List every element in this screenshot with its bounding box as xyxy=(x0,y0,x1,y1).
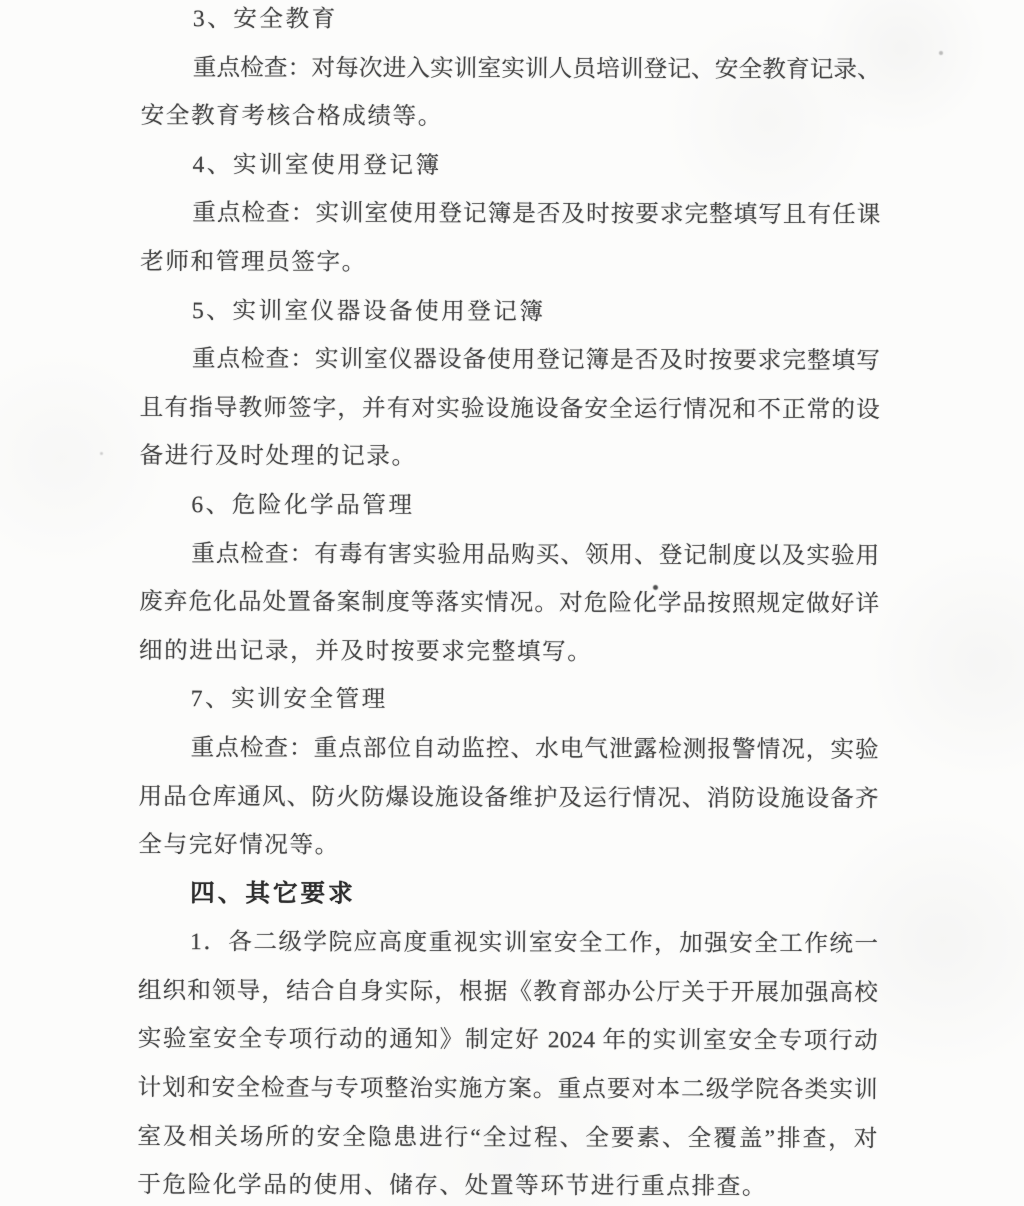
scanned-document-page: 3、安全教育重点检查：对每次进入实训室实训人员培训登记、安全教育记录、安全教育考… xyxy=(0,0,1024,1206)
text-line: 全与完好情况等。 xyxy=(138,821,878,872)
document-lines: 3、安全教育重点检查：对每次进入实训室实训人员培训登记、安全教育记录、安全教育考… xyxy=(137,0,881,1206)
scan-speck xyxy=(653,585,658,590)
text-line: 用品仓库通风、防火防爆设施设备维护及运行情况、消防设施设备齐 xyxy=(138,772,878,823)
scan-speck xyxy=(100,452,103,455)
text-line: 重点检查：有毒有害实验用品购买、领用、登记制度以及实验用 xyxy=(139,530,879,581)
numbered-heading-line: 7、实训安全管理 xyxy=(139,675,879,726)
text-line: 备进行及时处理的记录。 xyxy=(139,432,879,483)
text-line: 废弃危化品处置备案制度等落实情况。对危险化学品按照规定做好详 xyxy=(139,578,879,629)
text-line: 室及相关场所的安全隐患进行“全过程、全要素、全覆盖”排查，对 xyxy=(137,1113,877,1164)
numbered-heading-line: 5、实训室仪器设备使用登记簿 xyxy=(140,287,880,338)
text-line: 于危险化学品的使用、储存、处置等环节进行重点排查。 xyxy=(137,1161,877,1206)
text-line: 计划和安全检查与专项整治实施方案。重点要对本二级学院各类实训 xyxy=(137,1064,877,1115)
text-line: 组织和领导，结合自身实际，根据《教育部办公厅关于开展加强高校 xyxy=(138,967,878,1018)
section-heading-line: 四、其它要求 xyxy=(138,870,878,921)
numbered-heading-line: 3、安全教育 xyxy=(141,0,881,46)
numbered-heading-line: 4、实训室使用登记簿 xyxy=(140,141,880,192)
text-line: 安全教育考核合格成绩等。 xyxy=(141,92,881,143)
numbered-heading-line: 6、危险化学品管理 xyxy=(139,481,879,532)
text-line: 重点检查：对每次进入实训室实训人员培训登记、安全教育记录、 xyxy=(141,44,881,95)
scan-speck xyxy=(939,51,943,55)
text-line: 且有指导教师签字，并有对实验设施设备安全运行情况和不正常的设 xyxy=(140,384,880,435)
text-line: 细的进出记录，并及时按要求完整填写。 xyxy=(139,627,879,678)
text-line: 实验室安全专项行动的通知》制定好 2024 年的实训室安全专项行动 xyxy=(138,1015,878,1066)
text-line: 老师和管理员签字。 xyxy=(140,238,880,289)
text-line: 重点检查：实训室使用登记簿是否及时按要求完整填写且有任课 xyxy=(140,189,880,240)
text-line: 1．各二级学院应高度重视实训室安全工作，加强安全工作统一 xyxy=(138,918,878,969)
text-line: 重点检查：重点部位自动监控、水电气泄露检测报警情况，实验 xyxy=(139,724,879,775)
text-line: 重点检查：实训室仪器设备使用登记簿是否及时按要求完整填写 xyxy=(140,335,880,386)
